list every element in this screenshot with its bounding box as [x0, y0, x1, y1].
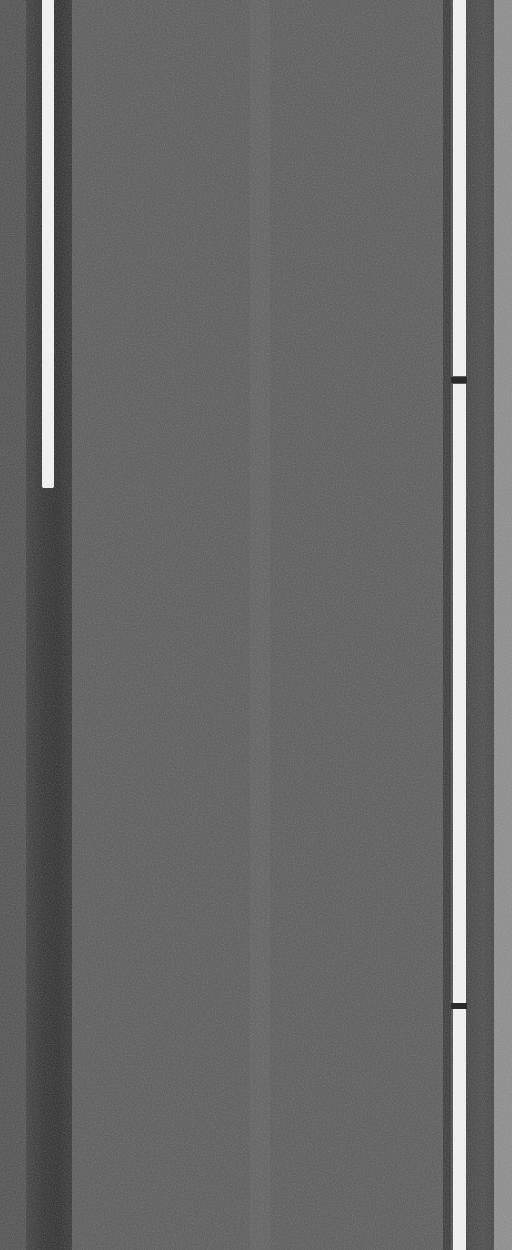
left-edge-line: [42, 0, 54, 488]
line-joint: [451, 377, 467, 383]
asphalt-texture: [0, 0, 512, 1250]
right-lane-line-segment: [453, 1009, 466, 1250]
right-lane-line-segment: [453, 0, 466, 376]
road-scan: [0, 0, 512, 1250]
right-lane-line-segment: [453, 384, 466, 1003]
